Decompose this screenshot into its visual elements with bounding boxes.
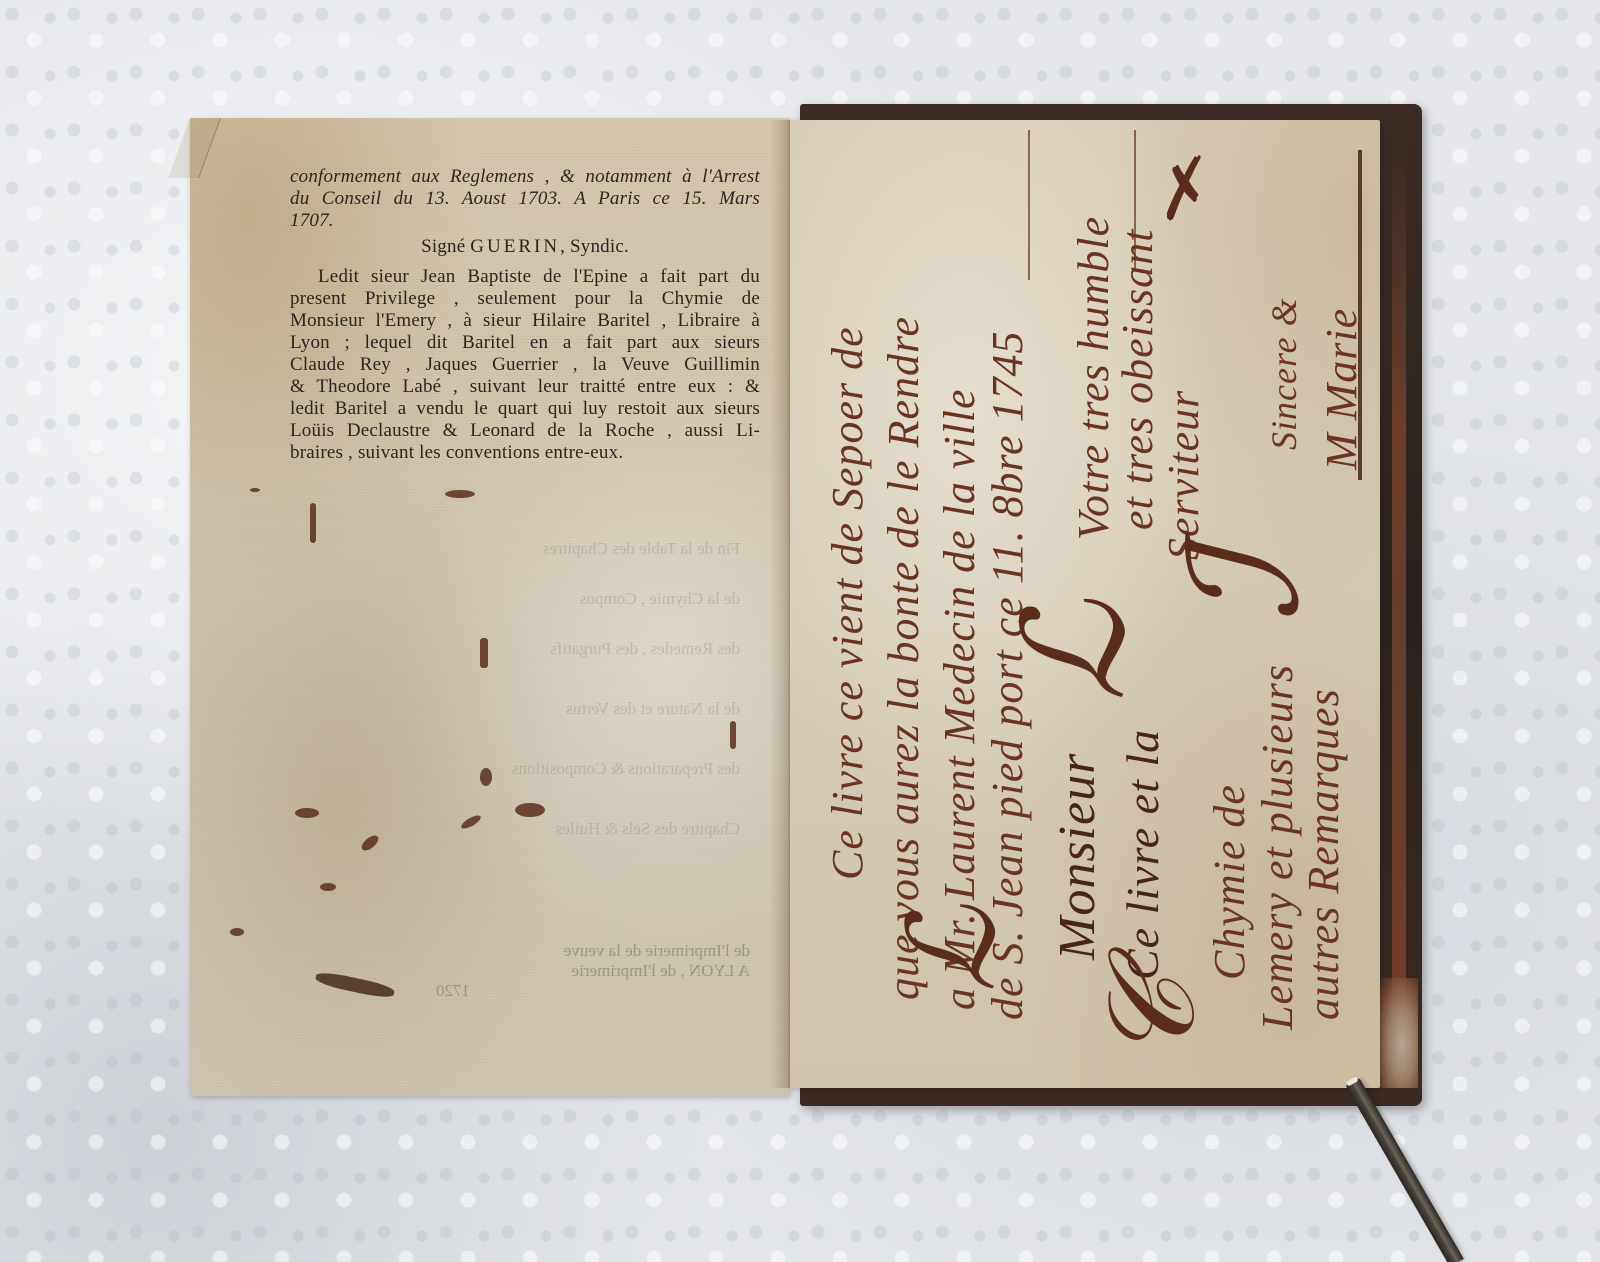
- cover-edge-wear: [1392, 144, 1406, 1074]
- ink-stain: [320, 883, 336, 891]
- handwritten-line: Sincere &: [1266, 297, 1302, 450]
- printed-line: 1707.: [290, 210, 760, 232]
- signature-prefix: Signé: [421, 236, 465, 257]
- signature-flourish-icon: ✗: [1138, 142, 1222, 240]
- ink-stain: [310, 503, 316, 543]
- cover-corner-wear: [1378, 978, 1418, 1088]
- signature-suffix: , Syndic.: [560, 236, 629, 257]
- handwritten-line: autres Remarques: [1302, 688, 1346, 1020]
- handwritten-line: M Marie: [1320, 308, 1364, 470]
- handwritten-line: Lemery et plusieurs: [1256, 664, 1300, 1030]
- ink-stain: [515, 803, 545, 817]
- bleed-through-line: Chapitre des Sels & Huiles: [300, 818, 740, 840]
- handwritten-line: Chymie de: [1208, 784, 1252, 980]
- handwritten-line: Votre tres humble: [1072, 216, 1116, 540]
- bleed-through-line: de la Nature et des Vertus: [300, 698, 740, 720]
- printed-text-block: conformement aux Reglemens , & notamment…: [290, 166, 760, 464]
- handwritten-line: Serviteur: [1162, 390, 1206, 560]
- printed-line: Ledit sieur Jean Baptiste de l'Epine a f…: [290, 266, 760, 288]
- ink-stain: [445, 490, 475, 498]
- handwritten-line: Ce livre et la: [1120, 729, 1166, 980]
- bleed-through-bottom-line: A LYON , de l'Imprimerie: [330, 960, 750, 982]
- ink-stain: [250, 488, 260, 492]
- bleed-through-line: de la Chymie , Compos: [300, 588, 740, 610]
- flourish-capital-icon: ℒ: [994, 601, 1157, 702]
- ink-stain: [230, 928, 244, 936]
- ink-stain: [295, 808, 319, 818]
- ink-rule: [1028, 130, 1030, 280]
- handwritten-line: que vous aurez la bonte de le Rendre: [882, 316, 926, 1000]
- printed-line: du Conseil du 13. Aoust 1703. A Paris ce…: [290, 188, 760, 210]
- printed-line: present Privilege , seulement pour la Ch…: [290, 288, 760, 310]
- flourish-capital-icon: 𝒞: [1084, 976, 1223, 1063]
- bleed-through-line: des Remedes , des Purgatifs: [300, 638, 740, 660]
- printed-line: & Theodore Labé , suivant leur traitté e…: [290, 376, 760, 398]
- bleed-through-bottom-line: de l'Imprimerie de la veuve: [330, 940, 750, 962]
- printed-line: conformement aux Reglemens , & notamment…: [290, 166, 760, 188]
- right-page: Ce livre ce vient de Sepoer de que vous …: [790, 120, 1380, 1088]
- handwritten-salutation: Monsieur: [1052, 753, 1104, 960]
- bleed-through-line: des Preparations & Compositions: [300, 758, 740, 780]
- gutter-stain: [730, 721, 736, 749]
- ink-stain: [480, 768, 492, 786]
- handwritten-line: Ce livre ce vient de Sepoer de: [826, 326, 870, 880]
- bleed-through-line: Fin de la Table des Chapitres: [300, 538, 740, 560]
- handwritten-line: et tres obeissant: [1116, 229, 1160, 530]
- printed-line: Claude Rey , Jaques Guerrier , la Veuve …: [290, 354, 760, 376]
- signature-name: GUERIN: [470, 236, 560, 257]
- printed-line: Loüis Declaustre & Leonard de la Roche ,…: [290, 420, 760, 442]
- printed-line: Lyon ; lequel dit Baritel en a fait part…: [290, 332, 760, 354]
- left-page: conformement aux Reglemens , & notamment…: [190, 118, 790, 1096]
- printed-line: Monsieur l'Emery , à sieur Hilaire Barit…: [290, 310, 760, 332]
- printed-line: braires , suivant les conventions entre-…: [290, 442, 760, 464]
- printed-line: ledit Baritel a vendu le quart qui luy r…: [290, 398, 760, 420]
- flourish-capital-icon: ℐ: [1158, 552, 1332, 622]
- bleed-through-bottom-line: 1720: [390, 980, 470, 1002]
- signature-line: Signé GUERIN, Syndic.: [290, 236, 760, 258]
- ink-stain: [480, 638, 488, 668]
- flourish-capital-icon: ℒ: [884, 906, 1023, 992]
